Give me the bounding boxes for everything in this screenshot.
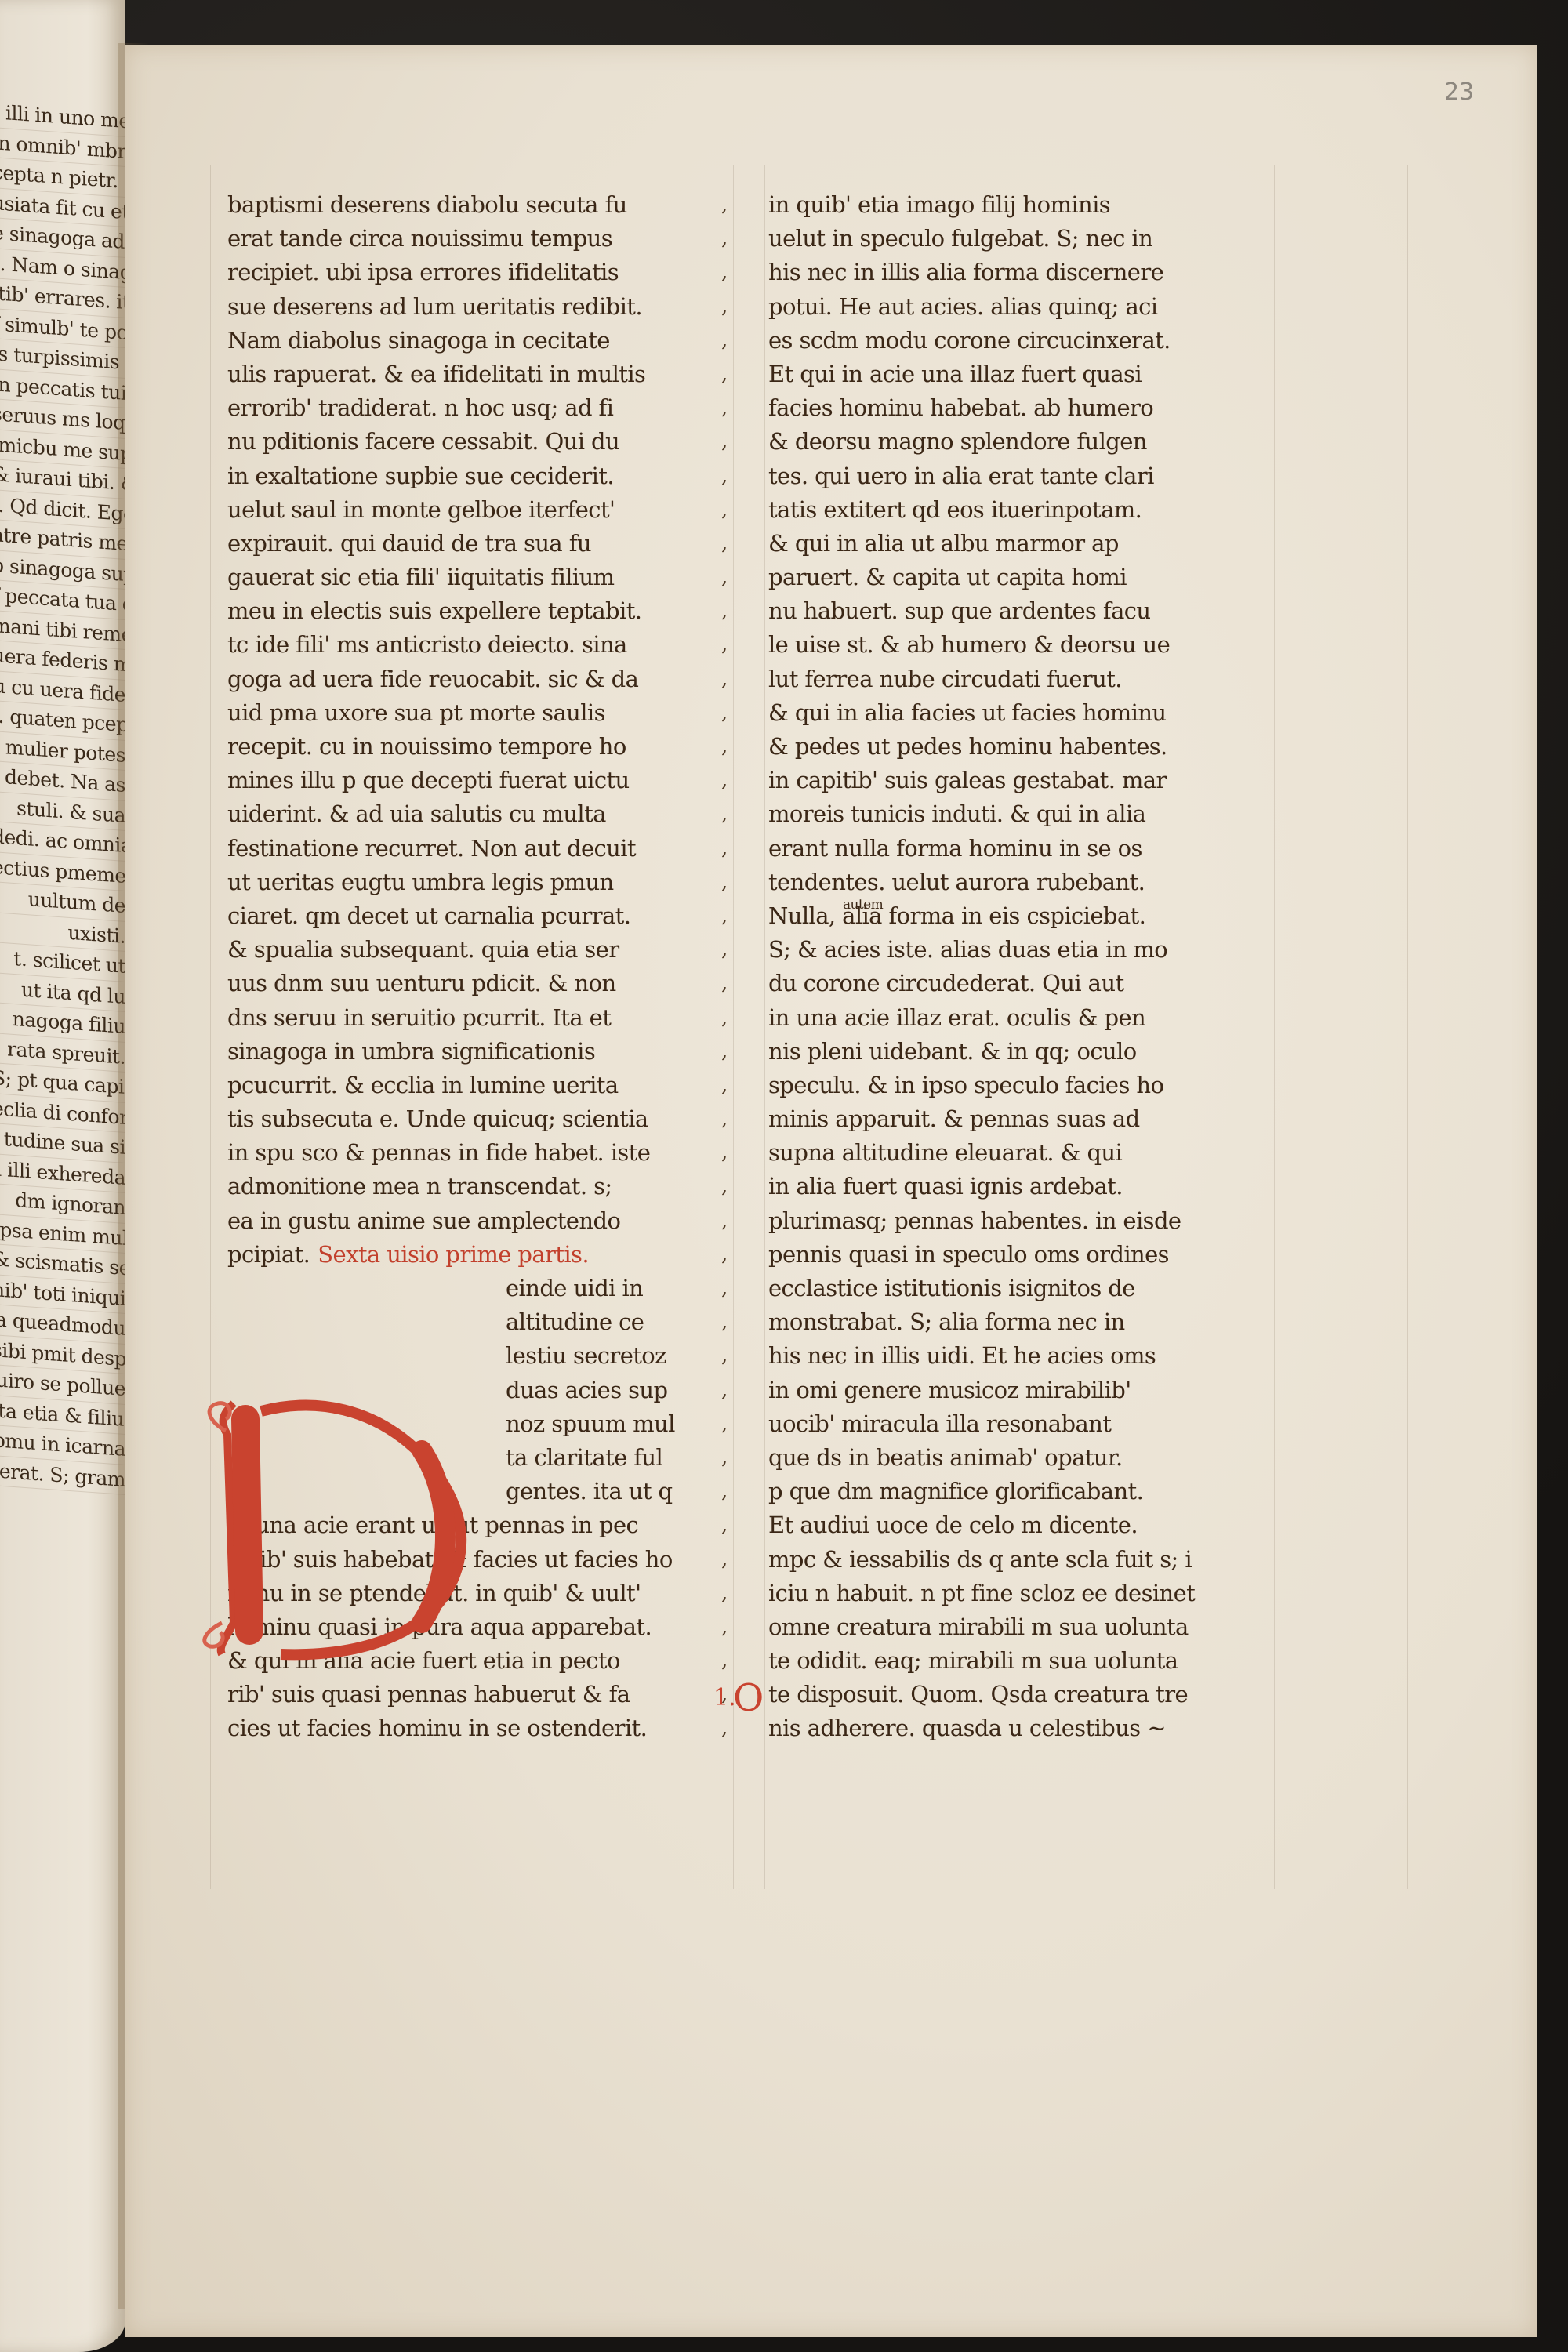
text-line: altitudine ce, xyxy=(227,1305,729,1339)
text-line: tc ide fili' ms anticristo deiecto. sina… xyxy=(227,628,729,662)
text-line: nu habuert. sup que ardentes facu, xyxy=(768,594,1270,628)
ruling-pricking-mark: , xyxy=(721,1136,728,1170)
text-line: recepit. cu in nouissimo tempore ho, xyxy=(227,730,729,764)
ruling-pricking-mark: , xyxy=(721,967,728,1000)
text-line: du corone circudederat. Qui aut, xyxy=(768,967,1270,1000)
ruling-pricking-mark: , xyxy=(721,459,728,493)
text-line: te disposuit. Quom. Qsda creatura tre, xyxy=(768,1678,1270,1711)
text-line: lestiu secretoz, xyxy=(227,1339,729,1373)
line-text: & qui in alia facies ut facies hominu xyxy=(768,699,1167,726)
text-line: nis adherere. quasda u celestibus ~, xyxy=(768,1711,1270,1745)
line-text: & pedes ut pedes hominu habentes. xyxy=(768,733,1167,760)
text-line: Et qui in acie una illaz fuert quasi, xyxy=(768,358,1270,391)
text-line: sue deserens ad lum ueritatis redibit., xyxy=(227,290,729,324)
line-text: his nec in illis alia forma discernere xyxy=(768,259,1163,285)
line-text: lut ferrea nube circudati fuerut. xyxy=(768,666,1122,692)
text-line: sinagoga in umbra significationis, xyxy=(227,1035,729,1069)
line-text: ulis rapuerat. & ea ifidelitati in multi… xyxy=(227,361,645,387)
text-line: & qui in alia ut albu marmor ap, xyxy=(768,527,1270,561)
text-line: in capitib' suis galeas gestabat. mar, xyxy=(768,764,1270,797)
text-line: tes. qui uero in alia erat tante clari, xyxy=(768,459,1270,493)
line-text: errorib' tradiderat. n hoc usq; ad fi xyxy=(227,394,613,421)
line-text: minis apparuit. & pennas suas ad xyxy=(768,1105,1140,1132)
ruling-pricking-mark: , xyxy=(721,1204,728,1238)
text-column-b: in quib' etia imago filij hominis,uelut … xyxy=(768,188,1270,1746)
line-text: duas acies sup xyxy=(506,1377,667,1403)
text-line: his nec in illis uidi. Et he acies oms, xyxy=(768,1339,1270,1373)
line-text: ut ueritas eugtu umbra legis pmun xyxy=(227,869,614,895)
line-text: pennis quasi in speculo oms ordines xyxy=(768,1241,1169,1268)
ruling-line xyxy=(733,165,734,1889)
ruling-pricking-mark: , xyxy=(721,1407,728,1441)
ruling-pricking-mark: , xyxy=(721,493,728,527)
text-line: gauerat sic etia fili' iiquitatis filium… xyxy=(227,561,729,594)
text-line: & qui in alia facies ut facies hominu, xyxy=(768,696,1270,730)
line-text: du corone circudederat. Qui aut xyxy=(768,970,1124,996)
line-text: te disposuit. Quom. Qsda creatura tre xyxy=(768,1681,1188,1708)
ruling-line xyxy=(764,165,765,1889)
ruling-pricking-mark: , xyxy=(721,1170,728,1203)
line-text: uelut in speculo fulgebat. S; nec in xyxy=(768,225,1152,252)
line-text: in omi genere musicoz mirabilib' xyxy=(768,1377,1131,1403)
text-line: minis apparuit. & pennas suas ad, xyxy=(768,1102,1270,1136)
text-line: uelut in speculo fulgebat. S; nec in, xyxy=(768,222,1270,256)
text-line: plurimasq; pennas habentes. in eisde, xyxy=(768,1204,1270,1238)
text-line: tis subsecuta e. Unde quicuq; scientia, xyxy=(227,1102,729,1136)
ruling-pricking-mark: , xyxy=(721,933,728,967)
line-text: recipiet. ubi ipsa errores ifidelitatis xyxy=(227,259,619,285)
verso-page-fragment: t illi in uno menbroin omnib' mbris suis… xyxy=(0,0,125,2352)
text-line: pcucurrit. & ecclia in lumine uerita, xyxy=(227,1069,729,1102)
line-text: pcipiat. xyxy=(227,1241,310,1268)
ruling-line xyxy=(1274,165,1275,1889)
ruling-pricking-mark: , xyxy=(721,1069,728,1102)
decorated-initial-d-icon xyxy=(187,1388,485,1662)
line-text: moreis tunicis induti. & qui in alia xyxy=(768,800,1145,827)
rubric-heading: Sexta uisio prime partis. xyxy=(318,1241,589,1268)
text-line: uiderint. & ad uia salutis cu multa, xyxy=(227,797,729,831)
text-line: paruert. & capita ut capita homi, xyxy=(768,561,1270,594)
ruling-pricking-mark: , xyxy=(721,561,728,594)
ruling-pricking-mark: , xyxy=(721,1272,728,1305)
line-text: que ds in beatis animab' opatur. xyxy=(768,1444,1123,1471)
text-line: goga ad uera fide reuocabit. sic & da, xyxy=(227,662,729,696)
text-line: Nam diabolus sinagoga in cecitate, xyxy=(227,324,729,358)
text-line: Et audiui uoce de celo m dicente., xyxy=(768,1508,1270,1542)
ruling-pricking-mark: , xyxy=(721,628,728,662)
text-line: facies hominu habebat. ab humero, xyxy=(768,391,1270,425)
text-line: baptismi deserens diabolu secuta fu, xyxy=(227,188,729,222)
text-line: omne creatura mirabili m sua uolunta, xyxy=(768,1610,1270,1644)
line-text: festinatione recurret. Non aut decuit xyxy=(227,835,636,862)
line-text: recepit. cu in nouissimo tempore ho xyxy=(227,733,626,760)
line-text: pcucurrit. & ecclia in lumine uerita xyxy=(227,1072,619,1098)
line-text: p que dm magnifice glorificabant. xyxy=(768,1478,1143,1504)
line-text: supna altitudine eleuarat. & qui xyxy=(768,1139,1122,1166)
line-text: nis pleni uidebant. & in qq; oculo xyxy=(768,1038,1137,1065)
line-text: nu habuert. sup que ardentes facu xyxy=(768,597,1150,624)
text-line: lut ferrea nube circudati fuerut., xyxy=(768,662,1270,696)
text-line: admonitione mea n transcendat. s;, xyxy=(227,1170,729,1203)
line-text: in spu sco & pennas in fide habet. iste xyxy=(227,1139,650,1166)
line-text: sue deserens ad lum ueritatis redibit. xyxy=(227,293,642,320)
text-line: cies ut facies hominu in se ostenderit., xyxy=(227,1711,729,1745)
line-text: meu in electis suis expellere teptabit. xyxy=(227,597,641,624)
text-line: recipiet. ubi ipsa errores ifidelitatis, xyxy=(227,256,729,289)
line-text: ea in gustu anime sue amplectendo xyxy=(227,1207,620,1234)
ruling-pricking-mark: , xyxy=(721,222,728,256)
text-line: S; & acies iste. alias duas etia in mo, xyxy=(768,933,1270,967)
ruling-pricking-mark: , xyxy=(721,256,728,289)
line-text: mines illu p que decepti fuerat uictu xyxy=(227,767,630,793)
text-line: & pedes ut pedes hominu habentes., xyxy=(768,730,1270,764)
ruling-pricking-mark: , xyxy=(721,1577,728,1610)
line-text: baptismi deserens diabolu secuta fu xyxy=(227,191,627,218)
text-line: moreis tunicis induti. & qui in alia, xyxy=(768,797,1270,831)
text-line: in quib' etia imago filij hominis, xyxy=(768,188,1270,222)
line-text: sinagoga in umbra significationis xyxy=(227,1038,595,1065)
line-text: & qui in alia ut albu marmor ap xyxy=(768,530,1119,557)
line-text: tis subsecuta e. Unde quicuq; scientia xyxy=(227,1105,648,1132)
line-text: mpc & iessabilis ds q ante scla fuit s; … xyxy=(768,1546,1192,1573)
text-line: ea in gustu anime sue amplectendo, xyxy=(227,1204,729,1238)
line-text: erat tande circa nouissimu tempus xyxy=(227,225,612,252)
line-text: dns seruu in seruitio pcurrit. Ita et xyxy=(227,1004,611,1031)
line-text: in alia fuert quasi ignis ardebat. xyxy=(768,1173,1123,1200)
line-text: ciaret. qm decet ut carnalia pcurrat. xyxy=(227,902,630,929)
line-text: in exaltatione supbie sue ceciderit. xyxy=(227,463,614,489)
ruling-pricking-mark: , xyxy=(721,797,728,831)
text-line: supna altitudine eleuarat. & qui, xyxy=(768,1136,1270,1170)
text-line: erat tande circa nouissimu tempus, xyxy=(227,222,729,256)
line-text: potui. He aut acies. alias quinq; aci xyxy=(768,293,1157,320)
ruling-pricking-mark: , xyxy=(721,1441,728,1475)
text-line: in alia fuert quasi ignis ardebat., xyxy=(768,1170,1270,1203)
text-line: dns seruu in seruitio pcurrit. Ita et, xyxy=(227,1001,729,1035)
line-text: altitudine ce xyxy=(506,1308,644,1335)
ruling-pricking-mark: , xyxy=(721,324,728,358)
ruling-pricking-mark: , xyxy=(721,1339,728,1373)
line-text: in quib' etia imago filij hominis xyxy=(768,191,1110,218)
text-line: in omi genere musicoz mirabilib', xyxy=(768,1374,1270,1407)
line-text: paruert. & capita ut capita homi xyxy=(768,564,1127,590)
line-text: cies ut facies hominu in se ostenderit. xyxy=(227,1715,647,1741)
text-line: pennis quasi in speculo oms ordines, xyxy=(768,1238,1270,1272)
ruling-pricking-mark: , xyxy=(721,730,728,764)
text-line: mpc & iessabilis ds q ante scla fuit s; … xyxy=(768,1543,1270,1577)
text-line: le uise st. & ab humero & deorsu ue, xyxy=(768,628,1270,662)
line-text: facies hominu habebat. ab humero xyxy=(768,394,1153,421)
line-text: uelut saul in monte gelboe iterfect' xyxy=(227,496,615,523)
line-text: uocib' miracula illa resonabant xyxy=(768,1410,1111,1437)
line-text: ecclastice istitutionis isignitos de xyxy=(768,1275,1135,1301)
ruling-pricking-mark: , xyxy=(721,662,728,696)
ruling-pricking-mark: , xyxy=(721,391,728,425)
line-text: Et qui in acie una illaz fuert quasi xyxy=(768,361,1142,387)
line-text: expirauit. qui dauid de tra sua fu xyxy=(227,530,591,557)
ruling-pricking-mark: , xyxy=(721,1035,728,1069)
line-text: monstrabat. S; alia forma nec in xyxy=(768,1308,1125,1335)
ruling-pricking-mark: , xyxy=(721,696,728,730)
text-line: festinatione recurret. Non aut decuit, xyxy=(227,832,729,866)
text-line: uid pma uxore sua pt morte saulis, xyxy=(227,696,729,730)
text-line: uus dnm suu uenturu pdicit. & non, xyxy=(227,967,729,1000)
text-line: errorib' tradiderat. n hoc usq; ad fi, xyxy=(227,391,729,425)
line-text: iciu n habuit. n pt fine scloz ee desine… xyxy=(768,1580,1195,1606)
ruling-pricking-mark: , xyxy=(721,1610,728,1644)
ruling-pricking-mark: , xyxy=(721,594,728,628)
line-text: S; & acies iste. alias duas etia in mo xyxy=(768,936,1167,963)
text-line: in exaltatione supbie sue ceciderit., xyxy=(227,459,729,493)
line-text: einde uidi in xyxy=(506,1275,643,1301)
text-line: uocib' miracula illa resonabant, xyxy=(768,1407,1270,1441)
line-text: erant nulla forma hominu in se os xyxy=(768,835,1142,862)
text-line: uelut saul in monte gelboe iterfect', xyxy=(227,493,729,527)
line-text: & spualia subsequant. quia etia ser xyxy=(227,936,619,963)
text-line: ecclastice istitutionis isignitos de, xyxy=(768,1272,1270,1305)
ruling-pricking-mark: , xyxy=(721,1305,728,1339)
ruling-pricking-mark: , xyxy=(721,1508,728,1542)
text-line: in spu sco & pennas in fide habet. iste, xyxy=(227,1136,729,1170)
ruling-pricking-mark: , xyxy=(721,832,728,866)
ruling-pricking-mark: , xyxy=(721,188,728,222)
text-line: tatis extitert qd eos ituerinpotam., xyxy=(768,493,1270,527)
ruling-pricking-mark: , xyxy=(721,1102,728,1136)
text-line: monstrabat. S; alia forma nec in, xyxy=(768,1305,1270,1339)
line-text: Nam diabolus sinagoga in cecitate xyxy=(227,327,610,354)
line-text: goga ad uera fide reuocabit. sic & da xyxy=(227,666,638,692)
line-text: tc ide fili' ms anticristo deiecto. sina xyxy=(227,631,627,658)
line-text: tendentes. uelut aurora rubebant. xyxy=(768,869,1145,895)
ruling-pricking-mark: , xyxy=(721,1644,728,1678)
line-text: omne creatura mirabili m sua uolunta xyxy=(768,1613,1189,1640)
line-text: le uise st. & ab humero & deorsu ue xyxy=(768,631,1170,658)
ruling-pricking-mark: , xyxy=(721,290,728,324)
interlinear-gloss: autem xyxy=(843,888,883,922)
line-text: lestiu secretoz xyxy=(506,1342,666,1369)
text-line: que ds in beatis animab' opatur., xyxy=(768,1441,1270,1475)
ruling-pricking-mark: , xyxy=(721,1475,728,1508)
line-text: uiderint. & ad uia salutis cu multa xyxy=(227,800,606,827)
line-text: gauerat sic etia fili' iiquitatis filium xyxy=(227,564,614,590)
text-line: ulis rapuerat. & ea ifidelitati in multi… xyxy=(227,358,729,391)
ruling-pricking-mark: , xyxy=(721,425,728,459)
text-line: einde uidi in, xyxy=(227,1272,729,1305)
folio-number: 23 xyxy=(1444,78,1474,106)
line-text: nu pditionis facere cessabit. Qui du xyxy=(227,428,619,455)
ruling-pricking-mark: , xyxy=(721,866,728,899)
text-line: expirauit. qui dauid de tra sua fu, xyxy=(227,527,729,561)
line-text: in una acie illaz erat. oculis & pen xyxy=(768,1004,1145,1031)
line-text: Et audiui uoce de celo m dicente. xyxy=(768,1512,1138,1538)
ruling-pricking-mark: , xyxy=(721,358,728,391)
text-line: potui. He aut acies. alias quinq; aci, xyxy=(768,290,1270,324)
text-line: ut ueritas eugtu umbra legis pmun, xyxy=(227,866,729,899)
ruling-pricking-mark: , xyxy=(721,899,728,933)
ruling-pricking-mark: , xyxy=(721,1543,728,1577)
line-text: ta claritate ful xyxy=(506,1444,662,1471)
line-text: es scdm modu corone circucinxerat. xyxy=(768,327,1171,354)
line-text: & deorsu magno splendore fulgen xyxy=(768,428,1147,455)
text-line: p que dm magnifice glorificabant., xyxy=(768,1475,1270,1508)
text-line: iciu n habuit. n pt fine scloz ee desine… xyxy=(768,1577,1270,1610)
text-line: his nec in illis alia forma discernere, xyxy=(768,256,1270,289)
text-line: Nulla, alia forma in eis cspiciebat.,aut… xyxy=(768,899,1270,933)
text-line: rib' suis quasi pennas habuerut & fa, xyxy=(227,1678,729,1711)
line-text: uus dnm suu uenturu pdicit. & non xyxy=(227,970,616,996)
line-text: in capitib' suis galeas gestabat. mar xyxy=(768,767,1167,793)
text-line: erant nulla forma hominu in se os, xyxy=(768,832,1270,866)
ruling-pricking-mark: , xyxy=(721,764,728,797)
line-text: gentes. ita ut q xyxy=(506,1478,673,1504)
text-line: nu pditionis facere cessabit. Qui du, xyxy=(227,425,729,459)
line-text: plurimasq; pennas habentes. in eisde xyxy=(768,1207,1181,1234)
ruling-pricking-mark: , xyxy=(721,1374,728,1407)
line-text: te odidit. eaq; mirabili m sua uolunta xyxy=(768,1647,1178,1674)
ruling-pricking-mark: , xyxy=(721,1711,728,1745)
text-line: pcipiat.Sexta uisio prime partis., xyxy=(227,1238,729,1272)
line-text: nis adherere. quasda u celestibus ~ xyxy=(768,1715,1166,1741)
line-text: his nec in illis uidi. Et he acies oms xyxy=(768,1342,1156,1369)
ruling-line xyxy=(1407,165,1408,1889)
decorated-initial-o: O xyxy=(733,1679,764,1717)
text-line: nis pleni uidebant. & in qq; oculo, xyxy=(768,1035,1270,1069)
ruling-pricking-mark: , xyxy=(721,527,728,561)
text-line: es scdm modu corone circucinxerat., xyxy=(768,324,1270,358)
line-text: uid pma uxore sua pt morte saulis xyxy=(227,699,605,726)
line-text: tes. qui uero in alia erat tante clari xyxy=(768,463,1154,489)
ruling-pricking-mark: , xyxy=(721,1001,728,1035)
text-line: mines illu p que decepti fuerat uictu, xyxy=(227,764,729,797)
line-text: Nulla, alia forma in eis cspiciebat. xyxy=(768,902,1145,929)
text-line: & deorsu magno splendore fulgen, xyxy=(768,425,1270,459)
ruling-pricking-mark: , xyxy=(721,1238,728,1272)
line-text: rib' suis quasi pennas habuerut & fa xyxy=(227,1681,630,1708)
text-line: in una acie illaz erat. oculis & pen, xyxy=(768,1001,1270,1035)
line-text: speculu. & in ipso speculo facies ho xyxy=(768,1072,1163,1098)
text-line: meu in electis suis expellere teptabit., xyxy=(227,594,729,628)
text-line: speculu. & in ipso speculo facies ho, xyxy=(768,1069,1270,1102)
text-line: & spualia subsequant. quia etia ser, xyxy=(227,933,729,967)
line-text: admonitione mea n transcendat. s; xyxy=(227,1173,612,1200)
text-line: ciaret. qm decet ut carnalia pcurrat., xyxy=(227,899,729,933)
line-text: tatis extitert qd eos ituerinpotam. xyxy=(768,496,1142,523)
verso-text-lines: t illi in uno menbroin omnib' mbris suis… xyxy=(0,97,125,1495)
text-line: te odidit. eaq; mirabili m sua uolunta, xyxy=(768,1644,1270,1678)
line-text: noz spuum mul xyxy=(506,1410,675,1437)
